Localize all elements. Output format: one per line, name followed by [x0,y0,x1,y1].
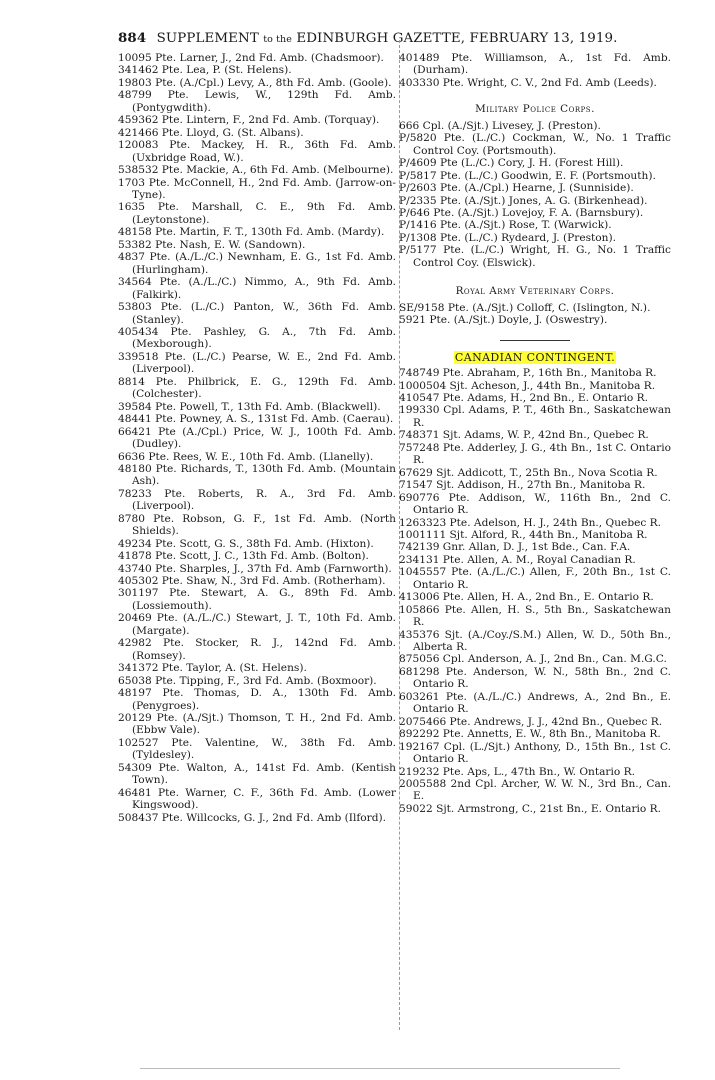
left-column: 10095 Pte. Larner, J., 2nd Fd. Amb. (Cha… [118,52,396,824]
list-item: 54309 Pte. Walton, A., 141st Fd. Amb. (K… [118,762,396,787]
list-item: P/1308 Pte. (L./C.) Rydeard, J. (Preston… [399,232,671,244]
list-item: 71547 Sjt. Addison, H., 27th Bn., Manito… [399,479,671,491]
list-item: 48799 Pte. Lewis, W., 129th Fd. Amb. (Po… [118,89,396,114]
list-item: P/4609 Pte (L./C.) Cory, J. H. (Forest H… [399,157,671,169]
list-item: 748749 Pte. Abraham, P., 16th Bn., Manit… [399,367,671,379]
list-item: 41878 Pte. Scott, J. C., 13th Fd. Amb. (… [118,550,396,562]
list-item: P/5817 Pte. (L./C.) Goodwin, E. F. (Port… [399,170,671,182]
list-item: 46481 Pte. Warner, C. F., 36th Fd. Amb. … [118,787,396,812]
continued-entry-list: 401489 Pte. Williamson, A., 1st Fd. Amb.… [399,52,671,89]
list-item: 219232 Pte. Aps, L., 47th Bn., W. Ontari… [399,766,671,778]
list-item: 1000504 Sjt. Acheson, J., 44th Bn., Mani… [399,380,671,392]
list-item: 199330 Cpl. Adams, P. T., 46th Bn., Sask… [399,404,671,429]
list-item: 20129 Pte. (A./Sjt.) Thomson, T. H., 2nd… [118,712,396,737]
list-item: P/5820 Pte. (L./C.) Cockman, W., No. 1 T… [399,132,671,157]
section-title-military-police: Military Police Corps. [399,103,671,115]
footer-rule [140,1068,620,1069]
list-item: 10095 Pte. Larner, J., 2nd Fd. Amb. (Cha… [118,52,396,64]
list-item: 43740 Pte. Sharples, J., 37th Fd. Amb (F… [118,563,396,575]
military-police-list: 666 Cpl. (A./Sjt.) Livesey, J. (Preston)… [399,120,671,269]
list-item: 1703 Pte. McConnell, H., 2nd Fd. Amb. (J… [118,177,396,202]
list-item: 34564 Pte. (A./L./C.) Nimmo, A., 9th Fd.… [118,276,396,301]
list-item: 681298 Pte. Anderson, W. N., 58th Bn., 2… [399,666,671,691]
section-title-canadian: CANADIAN CONTINGENT. [399,352,671,364]
list-item: 748371 Sjt. Adams, W. P., 42nd Bn., Queb… [399,429,671,441]
list-item: 435376 Sjt. (A./Coy./S.M.) Allen, W. D.,… [399,629,671,654]
list-item: 892292 Pte. Annetts, E. W., 8th Bn., Man… [399,728,671,740]
list-item: 301197 Pte. Stewart, A. G., 89th Fd. Amb… [118,587,396,612]
list-item: 405302 Pte. Shaw, N., 3rd Fd. Amb. (Roth… [118,575,396,587]
page-number: 884 [118,30,146,46]
list-item: 341462 Pte. Lea, P. (St. Helens). [118,64,396,76]
list-item: 757248 Pte. Adderley, J. G., 4th Bn., 1s… [399,442,671,467]
section-title-veterinary: Royal Army Veterinary Corps. [399,285,671,297]
list-item: 421466 Pte. Lloyd, G. (St. Albans). [118,127,396,139]
title-supplement: SUPPLEMENT [157,31,259,46]
list-item: 4837 Pte. (A./L./C.) Newnham, E. G., 1st… [118,251,396,276]
list-item: 1001111 Sjt. Alford, R., 44th Bn., Manit… [399,529,671,541]
list-item: 508437 Pte. Willcocks, G. J., 2nd Fd. Am… [118,812,396,824]
list-item: 413006 Pte. Allen, H. A., 2nd Bn., E. On… [399,591,671,603]
list-item: 78233 Pte. Roberts, R. A., 3rd Fd. Amb. … [118,488,396,513]
list-item: 1045557 Pte. (A./L./C.) Allen, F., 20th … [399,566,671,591]
list-item: 53803 Pte. (L./C.) Panton, W., 36th Fd. … [118,301,396,326]
list-item: 603261 Pte. (A./L./C.) Andrews, A., 2nd … [399,691,671,716]
veterinary-list: SE/9158 Pte. (A./Sjt.) Colloff, C. (Isli… [399,302,671,327]
list-item: SE/9158 Pte. (A./Sjt.) Colloff, C. (Isli… [399,302,671,314]
list-item: 403330 Pte. Wright, C. V., 2nd Fd. Amb (… [399,77,671,89]
left-entry-list: 10095 Pte. Larner, J., 2nd Fd. Amb. (Cha… [118,52,396,824]
list-item: 20469 Pte. (A./L./C.) Stewart, J. T., 10… [118,612,396,637]
title-to-the: to the [263,34,292,45]
list-item: 401489 Pte. Williamson, A., 1st Fd. Amb.… [399,52,671,77]
list-item: 666 Cpl. (A./Sjt.) Livesey, J. (Preston)… [399,120,671,132]
list-item: 339518 Pte. (L./C.) Pearse, W. E., 2nd F… [118,351,396,376]
list-item: 48180 Pte. Richards, T., 130th Fd. Amb. … [118,463,396,488]
list-item: P/2603 Pte. (A./Cpl.) Hearne, J. (Sunnis… [399,182,671,194]
list-item: 42982 Pte. Stocker, R. J., 142nd Fd. Amb… [118,637,396,662]
list-item: 8780 Pte. Robson, G. F., 1st Fd. Amb. (N… [118,513,396,538]
list-item: 1635 Pte. Marshall, C. E., 9th Fd. Amb. … [118,201,396,226]
list-item: 875056 Cpl. Anderson, A. J., 2nd Bn., Ca… [399,653,671,665]
list-item: 459362 Pte. Lintern, F., 2nd Fd. Amb. (T… [118,114,396,126]
list-item: 1263323 Pte. Adelson, H. J., 24th Bn., Q… [399,517,671,529]
list-item: P/5177 Pte. (L./C.) Wright, H. G., No. 1… [399,244,671,269]
list-item: 742139 Gnr. Allan, D. J., 1st Bde., Can.… [399,541,671,553]
title-gazette-date: EDINBURGH GAZETTE, FEBRUARY 13, 1919. [296,31,617,46]
list-item: 59022 Sjt. Armstrong, C., 21st Bn., E. O… [399,803,671,815]
list-item: 67629 Sjt. Addicott, T., 25th Bn., Nova … [399,467,671,479]
list-item: 66421 Pte (A./Cpl.) Price, W. J., 100th … [118,426,396,451]
list-item: 341372 Pte. Taylor, A. (St. Helens). [118,662,396,674]
list-item: 2075466 Pte. Andrews, J. J., 42nd Bn., Q… [399,716,671,728]
list-item: 49234 Pte. Scott, G. S., 38th Fd. Amb. (… [118,538,396,550]
list-item: 538532 Pte. Mackie, A., 6th Fd. Amb. (Me… [118,164,396,176]
list-item: 48441 Pte. Powney, A. S., 131st Fd. Amb.… [118,413,396,425]
list-item: 405434 Pte. Pashley, G. A., 7th Fd. Amb.… [118,326,396,351]
list-item: 234131 Pte. Allen, A. M., Royal Canadian… [399,554,671,566]
list-item: 690776 Pte. Addison, W., 116th Bn., 2nd … [399,492,671,517]
list-item: 48197 Pte. Thomas, D. A., 130th Fd. Amb.… [118,687,396,712]
list-item: 39584 Pte. Powell, T., 13th Fd. Amb. (Bl… [118,401,396,413]
list-item: 19803 Pte. (A./Cpl.) Levy, A., 8th Fd. A… [118,77,396,89]
list-item: 48158 Pte. Martin, F. T., 130th Fd. Amb.… [118,226,396,238]
list-item: 5921 Pte. (A./Sjt.) Doyle, J. (Oswestry)… [399,314,671,326]
list-item: 120083 Pte. Mackey, H. R., 36th Fd. Amb.… [118,139,396,164]
canadian-list: 748749 Pte. Abraham, P., 16th Bn., Manit… [399,367,671,815]
list-item: 105866 Pte. Allen, H. S., 5th Bn., Saska… [399,604,671,629]
section-divider [500,340,570,341]
list-item: P/2335 Pte. (A./Sjt.) Jones, A. G. (Birk… [399,195,671,207]
right-column: 401489 Pte. Williamson, A., 1st Fd. Amb.… [399,52,671,815]
list-item: P/646 Pte. (A./Sjt.) Lovejoy, F. A. (Bar… [399,207,671,219]
list-item: 410547 Pte. Adams, H., 2nd Bn., E. Ontar… [399,392,671,404]
list-item: 102527 Pte. Valentine, W., 38th Fd. Amb.… [118,737,396,762]
list-item: 6636 Pte. Rees, W. E., 10th Fd. Amb. (Ll… [118,451,396,463]
list-item: 8814 Pte. Philbrick, E. G., 129th Fd. Am… [118,376,396,401]
list-item: 65038 Pte. Tipping, F., 3rd Fd. Amb. (Bo… [118,675,396,687]
list-item: P/1416 Pte. (A./Sjt.) Rose, T. (Warwick)… [399,219,671,231]
list-item: 2005588 2nd Cpl. Archer, W. W. N., 3rd B… [399,778,671,803]
highlighted-heading: CANADIAN CONTINGENT. [454,351,616,364]
page-header: 884 SUPPLEMENT to the EDINBURGH GAZETTE,… [118,30,678,46]
list-item: 192167 Cpl. (L./Sjt.) Anthony, D., 15th … [399,741,671,766]
list-item: 53382 Pte. Nash, E. W. (Sandown). [118,239,396,251]
